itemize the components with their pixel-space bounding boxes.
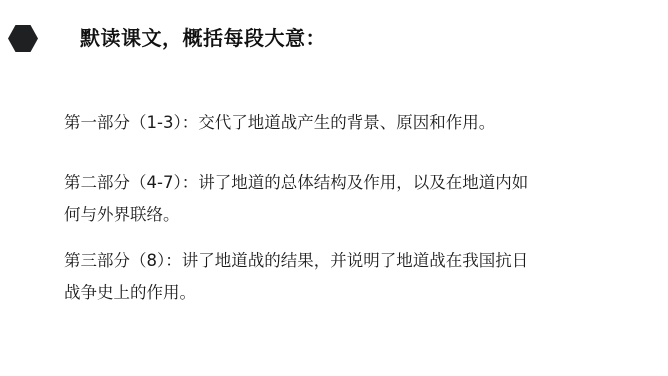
hexagon-icon [8, 25, 38, 52]
section-part-3: 第三部分（8）：讲了地道战的结果，并说明了地道战在我国抗日战争史上的作用。 [64, 245, 544, 309]
section-part-1: 第一部分（1-3）：交代了地道战产生的背景、原因和作用。 [64, 107, 544, 139]
page-title: 默读课文，概括每段大意： [80, 24, 326, 52]
section-part-2: 第二部分（4-7）：讲了地道的总体结构及作用，以及在地道内如何与外界联络。 [64, 167, 544, 231]
